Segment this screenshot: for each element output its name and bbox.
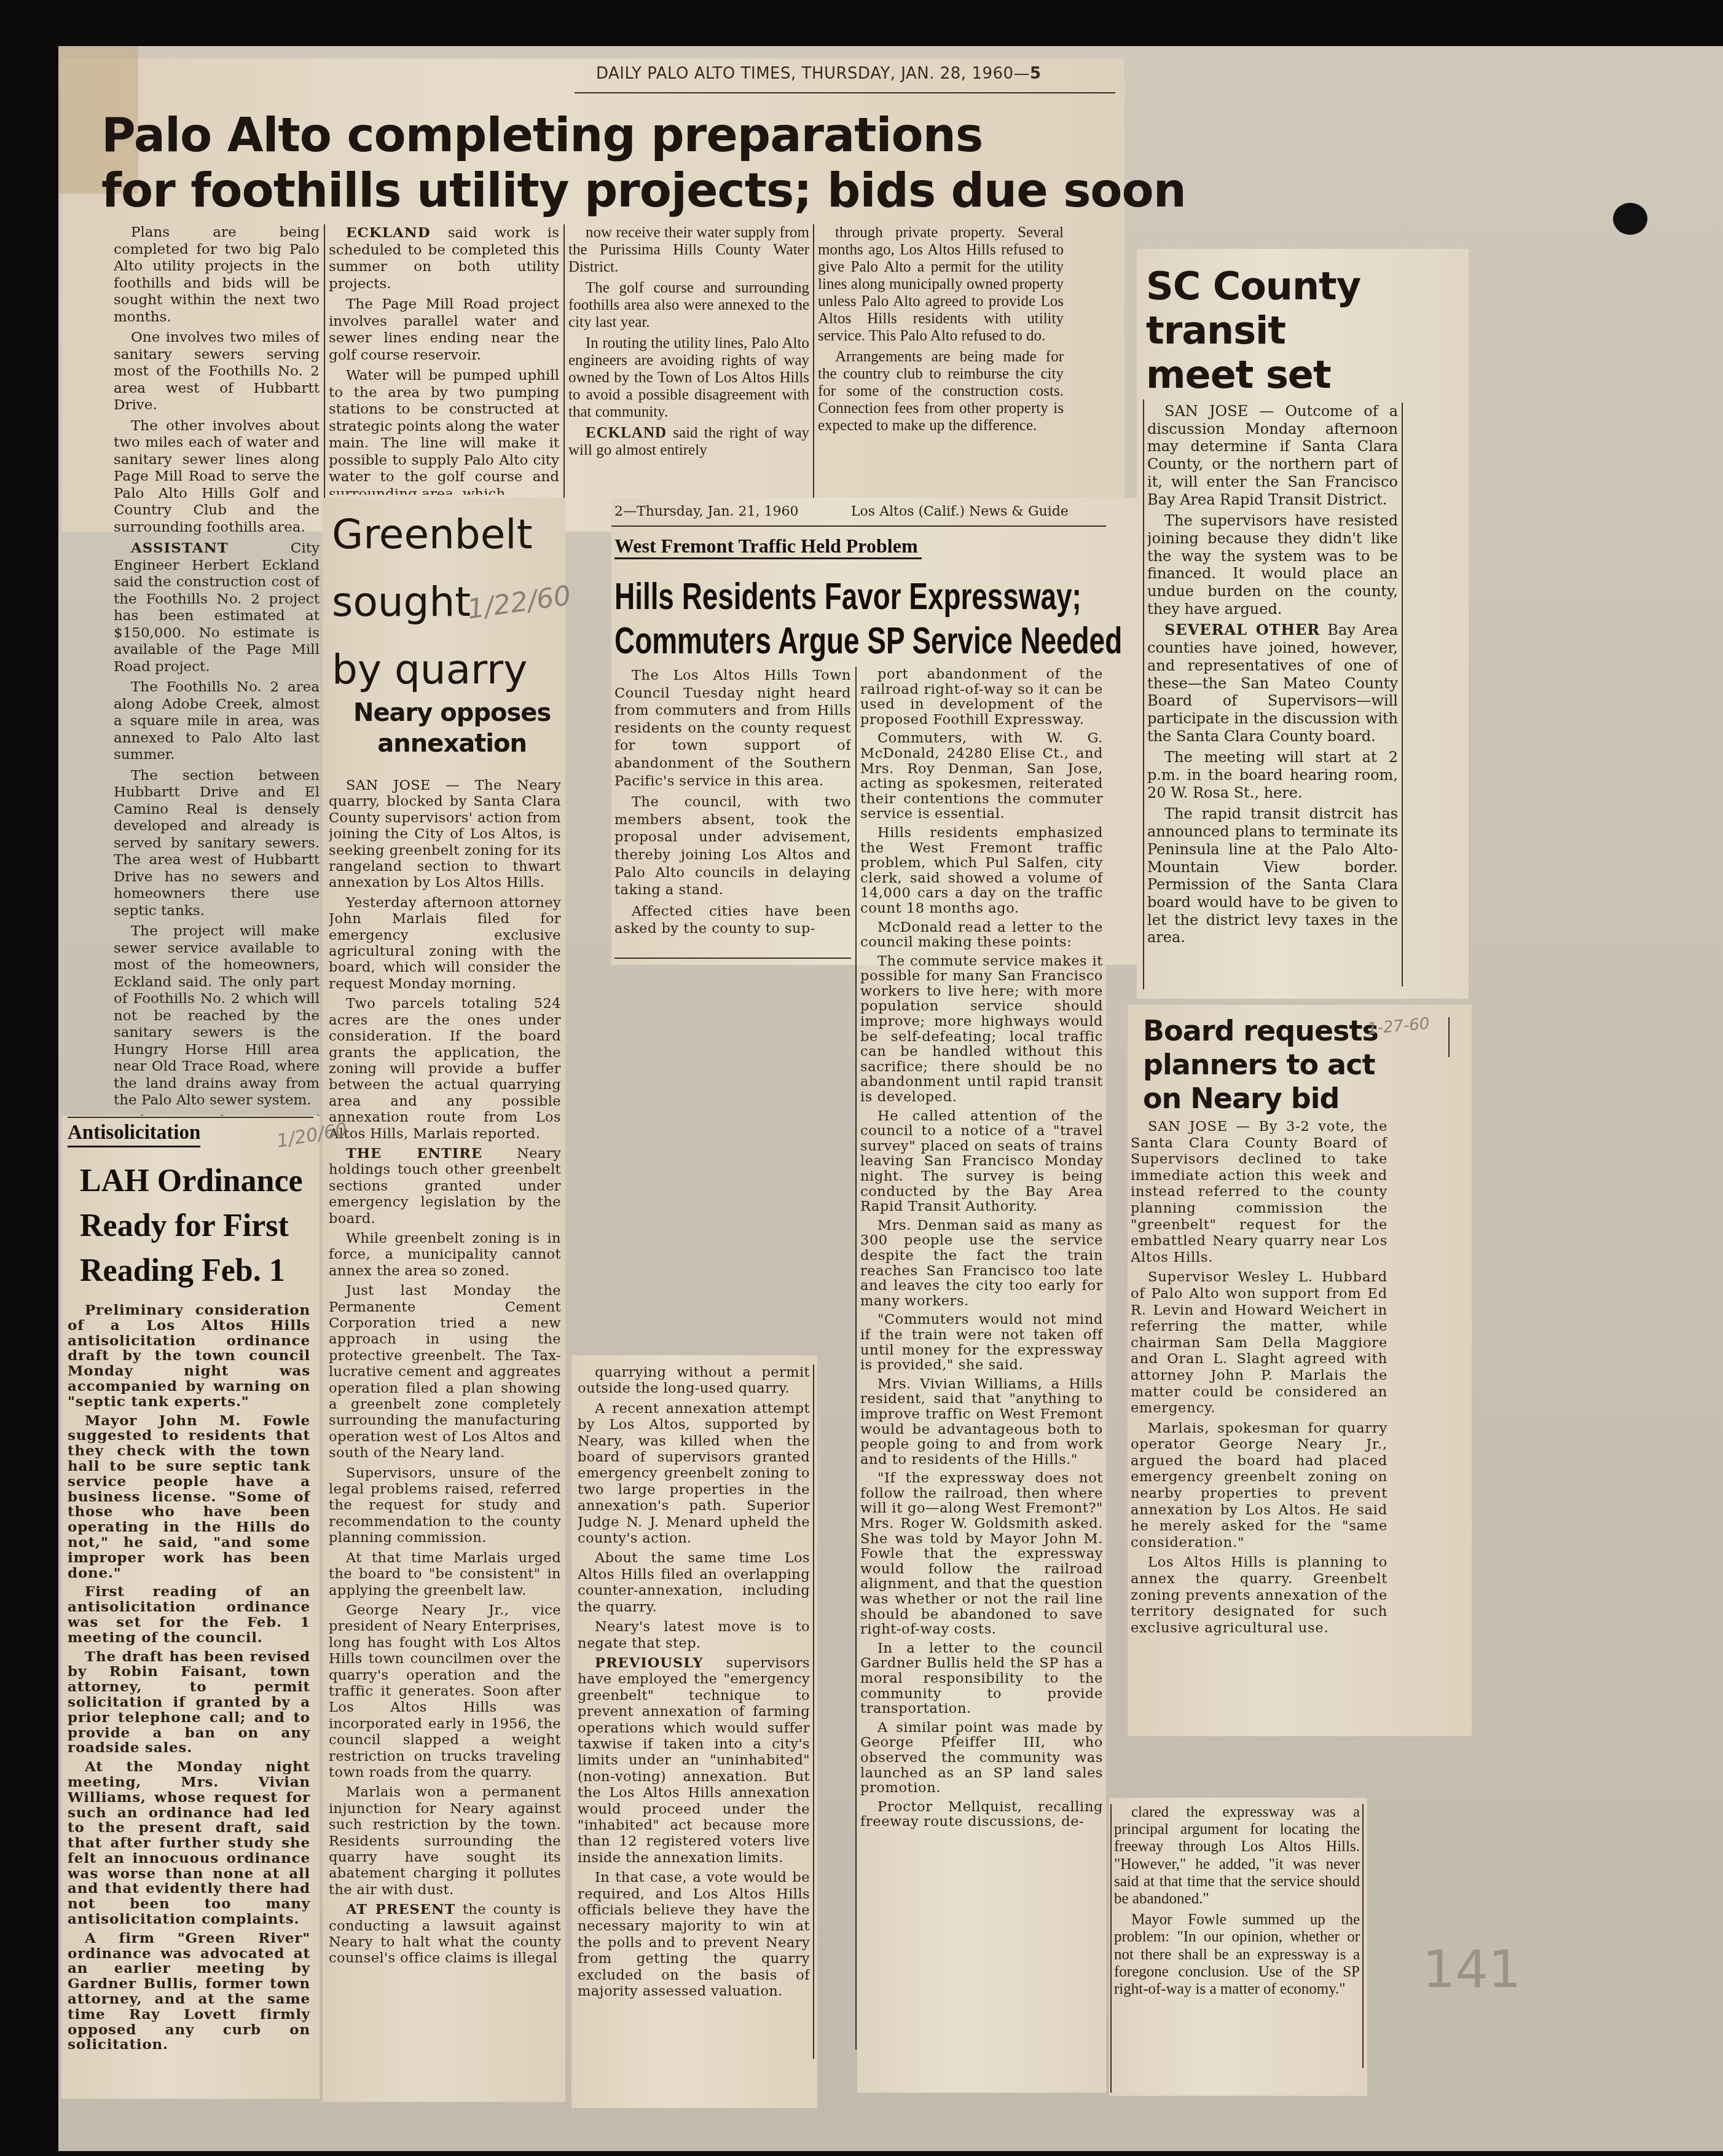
headline-board: Board requests planners to act on Neary … <box>1143 1014 1378 1115</box>
headline-transit: SC County transit meet set <box>1146 264 1360 397</box>
paragraph: The meeting will start at 2 p.m. in the … <box>1147 749 1398 801</box>
paragraph: Mayor Fowle summed up the problem: "In o… <box>1114 1911 1360 1998</box>
paragraph: The golf course and surrounding foothill… <box>568 280 809 331</box>
utility-column-4: through private property. Several months… <box>818 224 1064 501</box>
lead-in: SEVERAL OTHER <box>1164 621 1320 639</box>
column-rule <box>813 224 814 501</box>
paragraph: George Neary Jr., vice president of Near… <box>329 1602 561 1780</box>
paragraph: The council, with two members absent, to… <box>614 793 851 899</box>
paragraph: One involves two miles of sanitary sewer… <box>114 329 320 414</box>
kicker-antisolicitation: Antisolicitation <box>68 1122 200 1147</box>
paragraph: In routing the utility lines, Palo Alto … <box>568 335 809 421</box>
paragraph: At that time Marlais urged the board to … <box>329 1550 561 1599</box>
paragraph: The Page Mill Road project involves para… <box>329 296 559 364</box>
paragraph: The supervisors have resisted joining be… <box>1147 512 1398 618</box>
paragraph: Hills residents emphasized the West Frem… <box>860 825 1103 916</box>
paragraph: quarrying without a permit outside the l… <box>578 1364 810 1397</box>
paragraph: PREVIOUSLY supervisors have employed the… <box>578 1655 810 1866</box>
headline-antisolicitation: LAH Ordinance Ready for First Reading Fe… <box>80 1159 303 1293</box>
expressway-column-2: port abandonment of the railroad right-o… <box>860 667 1103 2093</box>
transit-body: SAN JOSE — Outcome of a discussion Monda… <box>1147 403 1398 989</box>
paragraph: Just last Monday the Permanente Cement C… <box>329 1283 561 1461</box>
masthead: DAILY PALO ALTO TIMES, THURSDAY, JAN. 28… <box>596 65 1124 83</box>
paragraph: THE ENTIRE Neary holdings touch other gr… <box>329 1146 561 1227</box>
folio-rule <box>611 525 1106 527</box>
utility-column-1: Plans are being completed for two big Pa… <box>114 224 320 1171</box>
lead-in: ASSISTANT <box>131 540 229 556</box>
paragraph: Yesterday afternoon attorney John Marlai… <box>329 895 561 992</box>
headline-antisolicitation-line1: LAH Ordinance <box>80 1159 303 1203</box>
paragraph: Plans are being completed for two big Pa… <box>114 224 320 326</box>
paragraph: port abandonment of the railroad right-o… <box>860 667 1103 727</box>
headline-transit-line3: meet set <box>1146 353 1360 397</box>
expressway-column-1: The Los Altos Hills Town Council Tuesday… <box>614 667 851 956</box>
paragraph: Supervisor Wesley L. Hubbard of Palo Alt… <box>1131 1269 1387 1416</box>
headline-utility-line1: Palo Alto completing preparations <box>101 108 1186 163</box>
paragraph: AT PRESENT the county is conducting a la… <box>329 1902 561 1967</box>
paragraph: Commuters, with W. G. McDonald, 24280 El… <box>860 731 1103 822</box>
handwritten-page-number: 141 <box>1423 1939 1521 1999</box>
headline-expressway: Hills Residents Favor Expressway; Commut… <box>614 575 1122 663</box>
paragraph: A firm "Green River" ordinance was advoc… <box>68 1931 310 2053</box>
column-rule <box>1402 403 1403 986</box>
paragraph: Neary's latest move is to negate that st… <box>578 1619 810 1651</box>
lead-in: THE ENTIRE <box>346 1146 482 1162</box>
paragraph: In that case, a vote would be required, … <box>578 1870 810 1999</box>
lead-in: ECKLAND <box>346 224 431 241</box>
subhead-greenbelt: Neary opposes annexation <box>353 698 551 759</box>
paragraph: Marlais won a permanent injunction for N… <box>329 1784 561 1898</box>
paragraph: Supervisors, unsure of the legal problem… <box>329 1465 561 1546</box>
subhead-greenbelt-line2: annexation <box>353 728 551 759</box>
headline-antisolicitation-line2: Ready for First <box>80 1203 303 1248</box>
headline-transit-line2: transit <box>1146 309 1360 353</box>
paragraph: Mrs. Vivian Williams, a Hills resident, … <box>860 1377 1103 1468</box>
paragraph: The rapid transit distrcit has announced… <box>1147 805 1398 946</box>
headline-board-line3: on Neary bid <box>1143 1082 1378 1115</box>
paragraph: In a letter to the council Gardner Bulli… <box>860 1641 1103 1717</box>
paragraph: The other involves about two miles each … <box>114 418 320 537</box>
column-rule <box>1110 1804 1112 2093</box>
masthead-rule <box>575 92 1115 93</box>
paragraph: ECKLAND said work is scheduled to be com… <box>329 224 559 293</box>
paragraph: SAN JOSE — The Neary quarry, blocked by … <box>329 777 561 891</box>
headline-board-line2: planners to act <box>1143 1048 1378 1082</box>
greenbelt-column-2: quarrying without a permit outside the l… <box>578 1364 810 2071</box>
paragraph: Arrangements are being made for the coun… <box>818 348 1064 435</box>
paragraph: At the Monday night meeting, Mrs. Vivian… <box>68 1760 310 1927</box>
greenbelt-column-1: SAN JOSE — The Neary quarry, blocked by … <box>329 777 561 2062</box>
paragraph: SAN JOSE — Outcome of a discussion Monda… <box>1147 403 1398 508</box>
lead-in: ECKLAND <box>586 425 667 441</box>
paragraph: SEVERAL OTHER Bay Area counties have joi… <box>1147 621 1398 745</box>
paragraph: Mayor John M. Fowle suggested to residen… <box>68 1414 310 1581</box>
paragraph: The project will make sewer service avai… <box>114 923 320 1109</box>
paragraph: The section between Hubbartt Drive and E… <box>114 768 320 920</box>
paragraph: McDonald read a letter to the council ma… <box>860 920 1103 950</box>
expressway-column-3: clared the expressway was a principal ar… <box>1114 1804 1360 2087</box>
headline-transit-line1: SC County <box>1146 264 1360 309</box>
headline-expressway-line1: Hills Residents Favor Expressway; <box>614 575 1122 619</box>
paragraph: now receive their water supply from the … <box>568 224 809 276</box>
column-rule <box>1362 1804 1364 2068</box>
headline-antisolicitation-line3: Reading Feb. 1 <box>80 1248 303 1293</box>
masthead-page-number: 5 <box>1030 65 1042 83</box>
subhead-greenbelt-line1: Neary opposes <box>353 698 551 728</box>
paragraph: The Foothills No. 2 area along Adobe Cre… <box>114 679 320 764</box>
paragraph: About the same time Los Altos Hills file… <box>578 1550 810 1615</box>
headline-greenbelt-line3: by quarry <box>332 636 533 704</box>
paragraph: The commute service makes it possible fo… <box>860 954 1103 1105</box>
paragraph: He called attention of the council to a … <box>860 1109 1103 1214</box>
headline-expressway-line2: Commuters Argue SP Service Needed <box>614 619 1122 663</box>
headline-greenbelt-line1: Greenbelt <box>332 501 533 569</box>
folio-right: Los Altos (Calif.) News & Guide <box>851 504 1069 519</box>
paragraph: "If the expressway does not follow the r… <box>860 1471 1103 1637</box>
paragraph: Proctor Mellquist, recalling freeway rou… <box>860 1800 1103 1830</box>
paragraph: A similar point was made by George Pfeif… <box>860 1720 1103 1796</box>
paragraph: The draft has been revised by Robin Fais… <box>68 1650 310 1757</box>
utility-column-2: ECKLAND said work is scheduled to be com… <box>329 224 559 495</box>
board-body: SAN JOSE — By 3-2 vote, the Santa Clara … <box>1131 1119 1387 1715</box>
paragraph: Los Altos Hills is planning to annex the… <box>1131 1554 1387 1636</box>
headline-board-line1: Board requests <box>1143 1014 1378 1048</box>
headline-utility: Palo Alto completing preparations for fo… <box>101 108 1186 218</box>
paragraph: ASSISTANT City Engineer Herbert Eckland … <box>114 540 320 675</box>
utility-column-3: now receive their water supply from the … <box>568 224 809 501</box>
paragraph: The Los Altos Hills Town Council Tuesday… <box>614 667 851 790</box>
paragraph: Mrs. Denman said as many as 300 people u… <box>860 1218 1103 1309</box>
paragraph: "Commuters would not mind if the train w… <box>860 1312 1103 1372</box>
paragraph: Two parcels totaling 524 acres are the o… <box>329 996 561 1142</box>
paragraph: Water will be pumped uphill to the area … <box>329 368 559 495</box>
paragraph: SAN JOSE — By 3-2 vote, the Santa Clara … <box>1131 1119 1387 1265</box>
paragraph: A recent annexation attempt by Los Altos… <box>578 1401 810 1547</box>
column-rule <box>1143 399 1144 989</box>
folio-left: 2—Thursday, Jan. 21, 1960 <box>614 504 799 519</box>
paragraph: Affected cities have been asked by the c… <box>614 903 851 938</box>
paragraph: through private property. Several months… <box>818 224 1064 345</box>
section-rule <box>68 1117 313 1118</box>
kicker-expressway: West Fremont Traffic Held Problem <box>614 535 922 559</box>
headline-utility-line2: for foothills utility projects; bids due… <box>101 163 1186 218</box>
column-rule <box>1448 1017 1450 1057</box>
column-rule <box>813 1364 814 2059</box>
lead-in: AT PRESENT <box>346 1902 455 1918</box>
antisolicitation-body: Preliminary consideration of a Los Altos… <box>68 1303 310 2077</box>
masthead-text: DAILY PALO ALTO TIMES, THURSDAY, JAN. 28… <box>596 65 1030 83</box>
paragraph: Preliminary consideration of a Los Altos… <box>68 1303 310 1410</box>
paragraph: Marlais, spokesman for quarry operator G… <box>1131 1420 1387 1551</box>
column-rule <box>855 667 857 2050</box>
paragraph: First reading of an antisolicitation ord… <box>68 1584 310 1645</box>
scrapbook-page: DAILY PALO ALTO TIMES, THURSDAY, JAN. 28… <box>58 46 1723 2151</box>
lead-in: PREVIOUSLY <box>595 1655 704 1671</box>
punch-hole <box>1613 203 1647 235</box>
paragraph: clared the expressway was a principal ar… <box>1114 1804 1360 1908</box>
section-rule <box>614 958 851 959</box>
paragraph: ECKLAND said the right of way will go al… <box>568 425 809 459</box>
paragraph: While greenbelt zoning is in force, a mu… <box>329 1230 561 1279</box>
